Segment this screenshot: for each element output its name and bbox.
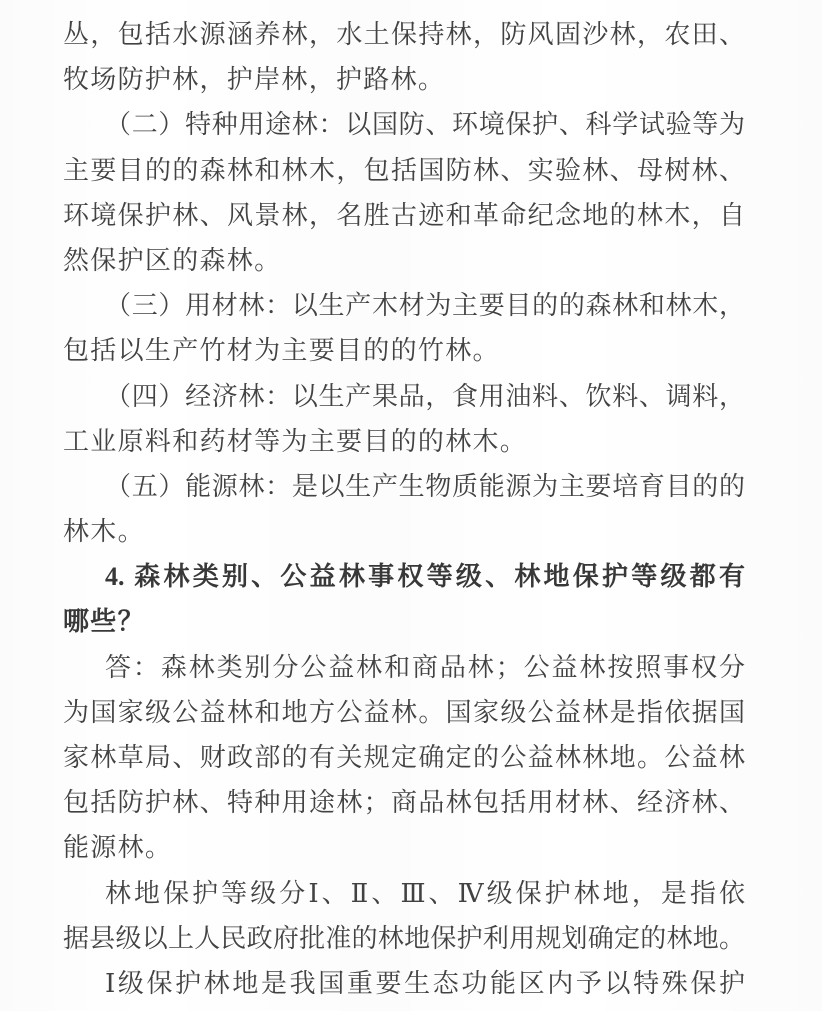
- text-line: 主要目的的森林和林木，包括国防林、实验林、母树林、: [63, 148, 745, 193]
- text-line: 家林草局、财政部的有关规定确定的公益林林地。公益林: [63, 735, 745, 780]
- text-line: 牧场防护林，护岸林，护路林。: [63, 57, 745, 102]
- text-line: 环境保护林、风景林，名胜古迹和革命纪念地的林木，自: [63, 193, 745, 238]
- text-line: 哪些？: [63, 599, 745, 644]
- text-line: 包括以生产竹材为主要目的的竹林。: [63, 328, 745, 373]
- document-text-block: 丛，包括水源涵养林，水土保持林，防风固沙林，农田、牧场防护林，护岸林，护路林。（…: [63, 12, 745, 1006]
- text-line: （二）特种用途林：以国防、环境保护、科学试验等为: [63, 102, 745, 147]
- text-line: （五）能源林：是以生产生物质能源为主要培育目的的: [63, 464, 745, 509]
- text-line: 据县级以上人民政府批准的林地保护利用规划确定的林地。: [63, 916, 745, 961]
- text-line: 林地保护等级分Ⅰ、Ⅱ、Ⅲ、Ⅳ级保护林地，是指依: [63, 871, 745, 916]
- text-line: 丛，包括水源涵养林，水土保持林，防风固沙林，农田、: [63, 12, 745, 57]
- text-line: 答：森林类别分公益林和商品林；公益林按照事权分: [63, 645, 745, 690]
- text-line: 然保护区的森林。: [63, 238, 745, 283]
- text-line: （四）经济林：以生产果品，食用油料、饮料、调料，: [63, 374, 745, 419]
- text-line: 林木。: [63, 509, 745, 554]
- text-line: 包括防护林、特种用途林；商品林包括用材林、经济林、: [63, 780, 745, 825]
- document-page: 丛，包括水源涵养林，水土保持林，防风固沙林，农田、牧场防护林，护岸林，护路林。（…: [0, 0, 822, 1011]
- text-line: Ⅰ级保护林地是我国重要生态功能区内予以特殊保护: [63, 961, 745, 1006]
- text-line: （三）用材林：以生产木材为主要目的的森林和林木，: [63, 283, 745, 328]
- text-line: 为国家级公益林和地方公益林。国家级公益林是指依据国: [63, 690, 745, 735]
- text-line: 4. 森林类别、公益林事权等级、林地保护等级都有: [63, 554, 745, 599]
- text-line: 能源林。: [63, 825, 745, 870]
- text-line: 工业原料和药材等为主要目的的林木。: [63, 419, 745, 464]
